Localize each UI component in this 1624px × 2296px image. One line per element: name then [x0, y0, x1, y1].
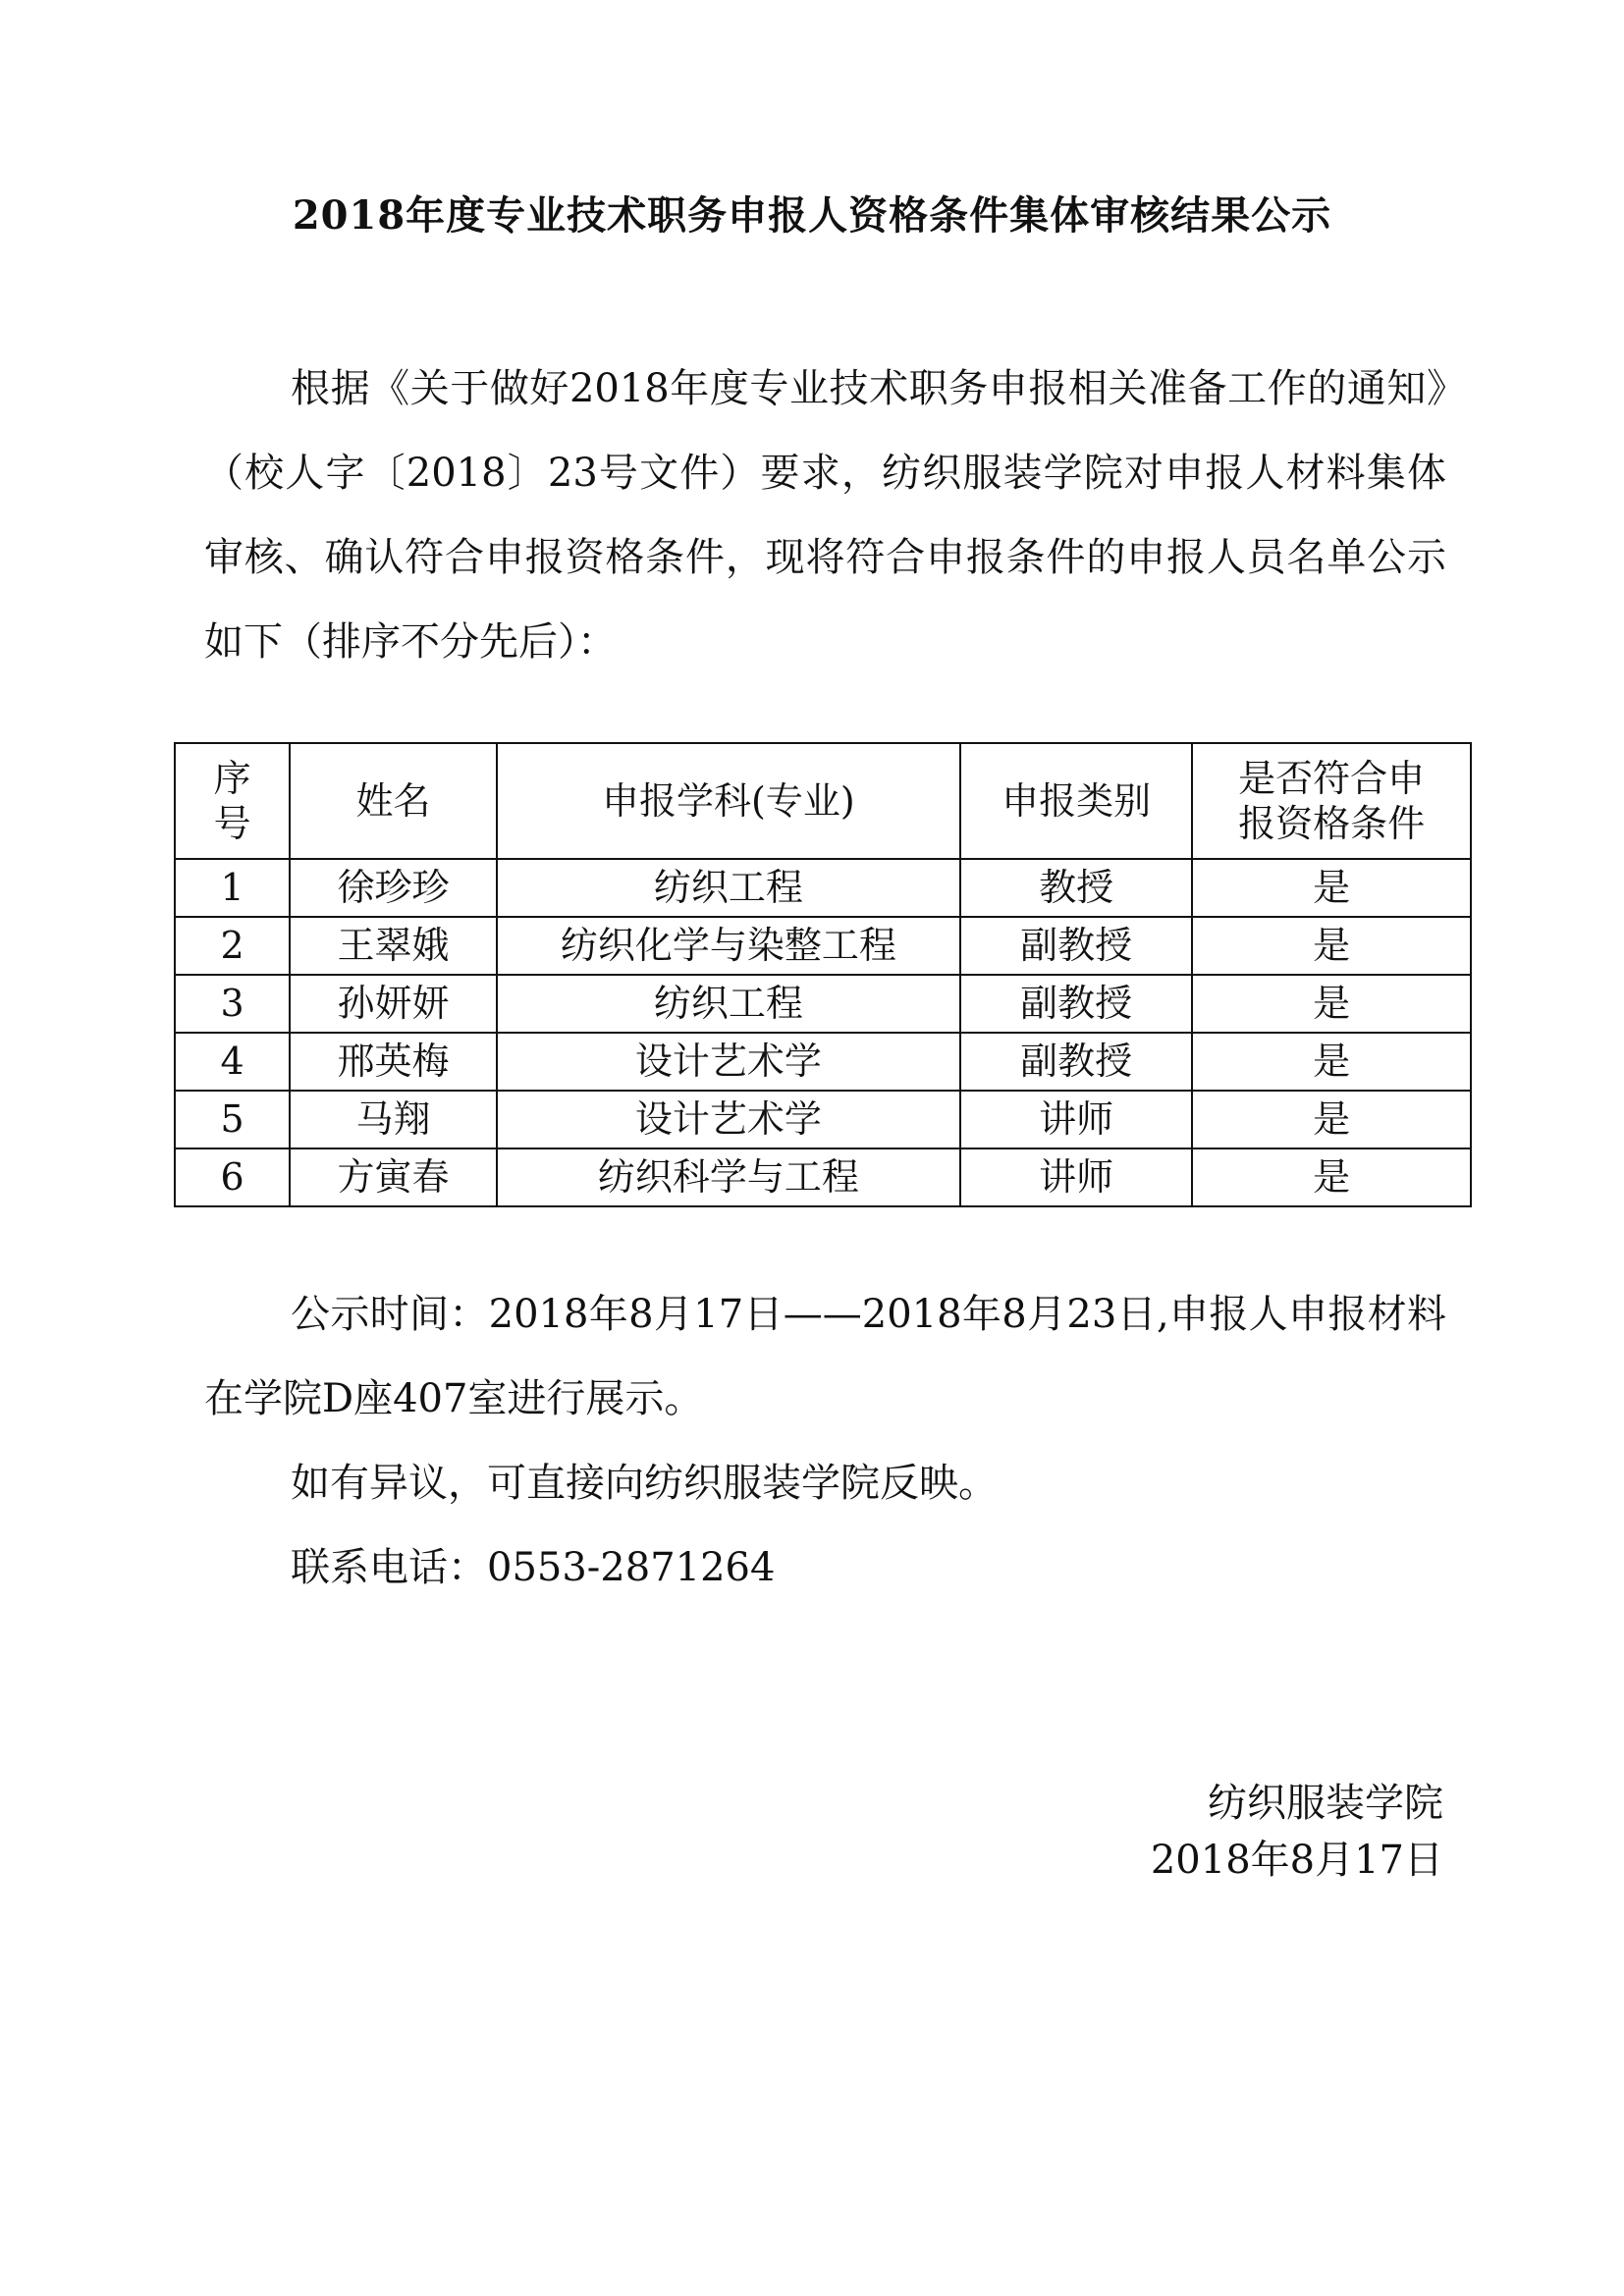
- header-qualified: 是否符合申 报资格条件: [1192, 743, 1471, 859]
- cell-category: 讲师: [960, 1148, 1192, 1206]
- cell-name: 孙妍妍: [290, 975, 496, 1033]
- cell-name: 邢英梅: [290, 1033, 496, 1091]
- cell-index: 1: [175, 859, 290, 917]
- header-qualified-line2: 报资格条件: [1193, 801, 1470, 846]
- signature-block: 纺织服装学院 2018年8月17日: [1151, 1775, 1443, 1889]
- cell-category: 副教授: [960, 917, 1192, 975]
- document-title: 2018年度专业技术职务申报人资格条件集体审核结果公示: [0, 185, 1624, 240]
- header-index-line1: 序: [176, 756, 289, 801]
- header-qualified-line1: 是否符合申: [1193, 756, 1470, 801]
- table-row: 6 方寅春 纺织科学与工程 讲师 是: [175, 1148, 1471, 1206]
- header-index: 序 号: [175, 743, 290, 859]
- cell-category: 讲师: [960, 1091, 1192, 1148]
- header-index-line2: 号: [176, 801, 289, 846]
- table-row: 2 王翠娥 纺织化学与染整工程 副教授 是: [175, 917, 1471, 975]
- document-page: 2018年度专业技术职务申报人资格条件集体审核结果公示 根据《关于做好2018年…: [0, 0, 1624, 2296]
- cell-qualified: 是: [1192, 975, 1471, 1033]
- cell-index: 2: [175, 917, 290, 975]
- cell-name: 王翠娥: [290, 917, 496, 975]
- table-row: 1 徐珍珍 纺织工程 教授 是: [175, 859, 1471, 917]
- table-row: 5 马翔 设计艺术学 讲师 是: [175, 1091, 1471, 1148]
- cell-qualified: 是: [1192, 1148, 1471, 1206]
- cell-qualified: 是: [1192, 1091, 1471, 1148]
- header-discipline: 申报学科(专业): [497, 743, 960, 859]
- cell-name: 马翔: [290, 1091, 496, 1148]
- cell-discipline: 纺织工程: [497, 859, 960, 917]
- contact-paragraph: 联系电话：0553-2871264: [204, 1525, 1446, 1610]
- cell-discipline: 设计艺术学: [497, 1091, 960, 1148]
- cell-name: 方寅春: [290, 1148, 496, 1206]
- applicant-table: 序 号 姓名 申报学科(专业) 申报类别 是否符合申 报资格条件 1 徐珍珍 纺…: [174, 742, 1472, 1207]
- cell-discipline: 设计艺术学: [497, 1033, 960, 1091]
- cell-index: 6: [175, 1148, 290, 1206]
- notice-section: 公示时间：2018年8月17日——2018年8月23日,申报人申报材料在学院D座…: [204, 1272, 1446, 1610]
- cell-qualified: 是: [1192, 1033, 1471, 1091]
- cell-category: 副教授: [960, 975, 1192, 1033]
- objection-paragraph: 如有异议，可直接向纺织服装学院反映。: [204, 1441, 1446, 1525]
- cell-qualified: 是: [1192, 859, 1471, 917]
- cell-name: 徐珍珍: [290, 859, 496, 917]
- cell-index: 5: [175, 1091, 290, 1148]
- table-row: 4 邢英梅 设计艺术学 副教授 是: [175, 1033, 1471, 1091]
- signature-date: 2018年8月17日: [1151, 1832, 1443, 1889]
- table-header-row: 序 号 姓名 申报学科(专业) 申报类别 是否符合申 报资格条件: [175, 743, 1471, 859]
- signature-organization: 纺织服装学院: [1151, 1775, 1443, 1832]
- cell-index: 4: [175, 1033, 290, 1091]
- header-name: 姓名: [290, 743, 496, 859]
- header-category: 申报类别: [960, 743, 1192, 859]
- cell-discipline: 纺织工程: [497, 975, 960, 1033]
- cell-discipline: 纺织科学与工程: [497, 1148, 960, 1206]
- cell-index: 3: [175, 975, 290, 1033]
- cell-qualified: 是: [1192, 917, 1471, 975]
- cell-category: 副教授: [960, 1033, 1192, 1091]
- intro-paragraph: 根据《关于做好2018年度专业技术职务申报相关准备工作的通知》（校人字〔2018…: [204, 347, 1446, 684]
- publicity-period-paragraph: 公示时间：2018年8月17日——2018年8月23日,申报人申报材料在学院D座…: [204, 1272, 1446, 1441]
- cell-category: 教授: [960, 859, 1192, 917]
- cell-discipline: 纺织化学与染整工程: [497, 917, 960, 975]
- table-row: 3 孙妍妍 纺织工程 副教授 是: [175, 975, 1471, 1033]
